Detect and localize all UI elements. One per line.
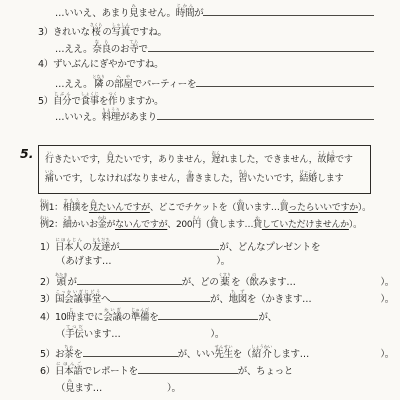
text-segment: します (317, 171, 343, 184)
text-segment: いです，しなければなりません， (54, 171, 186, 184)
text-segment: きました， (194, 171, 238, 184)
exercise-item-6-line-1: 6）日本語にほんごでレポートをが、ちょっと (40, 361, 293, 378)
text-with-furigana: 地図ちず (229, 289, 247, 306)
text-with-furigana: 貸か (210, 215, 219, 232)
text-with-furigana: 見み (106, 150, 115, 165)
text-segment: ）。 (216, 255, 230, 268)
text-segment: 、200 (167, 219, 192, 232)
text-segment: ）。 (167, 382, 181, 395)
text-with-furigana: 円えん (192, 215, 201, 232)
answer-blank (77, 275, 182, 285)
text-segment: の (83, 241, 92, 254)
text-segment: （あげます… (56, 255, 111, 268)
text-segment: 2： (49, 219, 63, 232)
text-segment: を (149, 311, 158, 324)
text-segment: ません。 (138, 7, 175, 20)
exercise-item-5: 5）お茶ちゃをが、いい先生せんせいを（紹介しょうかいします…）。 (40, 344, 394, 361)
text-segment: があまり (120, 111, 157, 124)
exercise-item-4-line-2: （手伝てつだいます…）。 (56, 324, 224, 341)
text-segment: います… (245, 202, 280, 215)
text-segment: ）。 (380, 293, 394, 306)
text-with-furigana: 国会議事堂こっかいぎじどう (55, 289, 101, 306)
text-segment: を（ (233, 348, 251, 361)
text-segment: していただけませんか (262, 219, 349, 232)
text-segment: …いいえ、あまり (55, 7, 129, 20)
text-with-furigana: 作つく (108, 91, 117, 108)
worksheet-page: …いいえ、あまり見みません。時間じかんが 3）きれいな桜さくらの写真しゃしんです… (0, 0, 400, 400)
text-with-furigana: 桜さくら (90, 22, 103, 39)
text-with-furigana: 結婚けっこん (299, 169, 317, 184)
text-with-furigana: 行い (45, 150, 54, 165)
text-with-furigana: 例れい (40, 198, 49, 215)
text-segment: …いいえ。 (55, 111, 102, 124)
text-segment: 3）きれいな (38, 26, 90, 39)
text-segment: が (110, 241, 119, 254)
text-segment: で (138, 43, 147, 56)
text-with-furigana: 先生せんせい (214, 344, 232, 361)
answer-blank (148, 42, 374, 52)
answer-blank (110, 292, 210, 302)
text-with-furigana: 細こま (63, 215, 72, 232)
text-with-furigana: 料理りょうり (102, 107, 120, 124)
text-segment: ）。 (210, 328, 224, 341)
text-segment: れました，できません， (220, 152, 317, 165)
text-segment: ですね。 (130, 26, 167, 39)
text-with-furigana: 見み (89, 198, 98, 215)
answer-blank (196, 77, 374, 87)
answer-blank (119, 240, 219, 250)
text-with-furigana: 会議かいぎ (103, 307, 121, 324)
text-segment: が、 (258, 311, 276, 324)
example-1: 例れい1：相撲すもうを見みたいんですが、どこでチケットを（買かいます…買かったら… (40, 198, 371, 215)
text-segment: でパーティーを (133, 78, 197, 91)
text-with-furigana: 故障こしょう (318, 150, 336, 165)
text-segment: が、 (210, 293, 228, 306)
answer-line-5: …いいえ。料理りょうりがあまり (55, 107, 374, 124)
text-with-furigana: 貸か (253, 215, 262, 232)
text-segment: が (194, 7, 203, 20)
text-with-furigana: 寺てら (129, 39, 138, 56)
text-with-furigana: 痛いた (45, 169, 54, 184)
text-with-furigana: 例れい (40, 215, 49, 232)
answer-blank (158, 310, 258, 320)
text-with-furigana: 紹介しょうかい (251, 344, 272, 361)
text-segment: します… (218, 219, 253, 232)
answer-line-3: …ええ。奈良ならのお寺てらで (55, 39, 374, 56)
answer-gap (111, 255, 216, 264)
text-segment: ないんですが (115, 219, 167, 232)
text-with-furigana: 飲の (250, 272, 259, 289)
text-segment: 1： (49, 202, 63, 215)
text-with-furigana: 奈良なら (92, 39, 110, 56)
text-with-furigana: 友達ともだち (92, 237, 110, 254)
text-segment: を (80, 202, 89, 215)
text-segment: ）。 (358, 202, 371, 215)
text-segment: の (102, 26, 111, 39)
text-segment: 5） (38, 95, 53, 108)
word-bank-row-2: 痛いたいです，しなければなりません，書かきました，習ならいたいです，結婚けっこん… (45, 169, 364, 188)
text-segment: います… (84, 328, 121, 341)
answer-gap (296, 276, 381, 285)
text-segment: の (122, 311, 131, 324)
text-with-furigana: 食事しょくじ (81, 91, 99, 108)
word-bank-row-1: 行いきたいです，見みたいです，ありません，遅おくれました，できません，故障こしょ… (45, 150, 364, 169)
exercise-item-3: 3）国会議事堂こっかいぎじどうへが、地図ちずを（かきます…）。 (40, 289, 394, 306)
text-with-furigana: 買か (236, 198, 245, 215)
text-with-furigana: 時じ (66, 307, 75, 324)
text-with-furigana: 見み (129, 3, 138, 20)
text-with-furigana: 買か (280, 198, 289, 215)
answer-line-2: …いいえ、あまり見みません。時間じかんが (55, 3, 374, 20)
text-segment: を（かきます… (247, 293, 311, 306)
exercise-item-6-line-2: （見みます…）。 (56, 378, 181, 395)
text-with-furigana: 金かね (98, 215, 107, 232)
text-segment: 1） (40, 241, 55, 254)
exercise-number: 5. (20, 146, 33, 161)
answer-gap (309, 348, 380, 357)
text-segment: の (105, 78, 114, 91)
text-with-furigana: 薬くすり (219, 272, 232, 289)
text-with-furigana: 相撲すもう (63, 198, 80, 215)
text-with-furigana: 書か (186, 169, 195, 184)
text-segment: を（ (231, 276, 249, 289)
text-with-furigana: 自分じぶん (53, 91, 71, 108)
text-segment: でレポートを (83, 365, 138, 378)
text-with-furigana: 頭あたま (55, 272, 68, 289)
exercise-item-2: 2）頭あたまがが、どの薬くすりを（飲のみます…）。 (40, 272, 394, 289)
text-segment: 、どこでチケットを（ (150, 202, 236, 215)
text-segment: ます… (74, 382, 102, 395)
text-segment: 3） (40, 293, 55, 306)
answer-blank (83, 347, 178, 357)
text-segment: です (335, 152, 353, 165)
text-segment: ）。 (380, 348, 394, 361)
text-segment: …ええ。 (55, 43, 92, 56)
text-segment: いたいです， (247, 171, 299, 184)
text-with-furigana: 手伝てつだ (65, 324, 83, 341)
example-2: 例れい2：細こまかいお金かねがないんですが、200円えん（貸かします…貸かしてい… (40, 215, 362, 232)
answer-gap (311, 293, 380, 302)
text-with-furigana: 習なら (238, 169, 247, 184)
word-bank-box: 行いきたいです，見みたいです，ありません，遅おくれました，できません，故障こしょ… (38, 145, 371, 194)
answer-gap (120, 328, 210, 337)
text-segment: ）。 (349, 219, 362, 232)
answer-blank (203, 6, 374, 16)
question-item-5: 5）自分じぶんで食事しょくじを作つくりますか。 (38, 91, 163, 108)
text-segment: （ (56, 382, 65, 395)
answer-blank (138, 364, 238, 374)
question-item-3: 3）きれいな桜さくらの写真しゃしんですね。 (38, 22, 167, 39)
text-with-furigana: 茶ちゃ (64, 344, 73, 361)
text-segment: が、ちょっと (238, 365, 293, 378)
text-segment: 6） (40, 365, 55, 378)
text-segment: までに (76, 311, 104, 324)
text-segment: 5）お (40, 348, 64, 361)
text-segment: が (106, 219, 115, 232)
text-segment: が、どの (182, 276, 219, 289)
text-with-furigana: 時間じかん (176, 3, 194, 20)
text-segment: のお (111, 43, 129, 56)
answer-line-4: …ええ。隣となりの部屋へやでパーティーを (55, 74, 374, 91)
text-segment: を (73, 348, 82, 361)
text-segment: （ (56, 328, 65, 341)
text-segment: 4）ずいぶんにぎやかですね。 (38, 58, 163, 71)
text-segment: 4）10 (40, 311, 66, 324)
text-with-furigana: 見み (65, 378, 74, 395)
text-segment: たいです，ありません， (115, 152, 212, 165)
text-segment: きたいです， (54, 152, 106, 165)
text-with-furigana: 準備じゅんび (131, 307, 149, 324)
text-with-furigana: 遅おく (211, 150, 220, 165)
text-segment: たいんですが (98, 202, 150, 215)
text-segment: 2） (40, 276, 55, 289)
text-with-furigana: 日本語にほんご (55, 361, 83, 378)
text-segment: が (68, 276, 77, 289)
text-with-furigana: 写真しゃしん (112, 22, 130, 39)
text-segment: へ (101, 293, 110, 306)
text-segment: みます… (259, 276, 296, 289)
exercise-item-1-line-1: 1）日本人にほんじんの友達ともだちがが、どんなプレゼントを (40, 237, 320, 254)
text-segment: します… (272, 348, 309, 361)
text-with-furigana: 日本人にほんじん (55, 237, 83, 254)
text-segment: が、どんなプレゼントを (219, 241, 320, 254)
exercise-item-1-line-2: （あげます…）。 (56, 255, 230, 268)
text-with-furigana: 隣となり (92, 74, 105, 91)
text-segment: ったらいいですか (288, 202, 358, 215)
text-segment: ）。 (380, 276, 394, 289)
question-item-4: 4）ずいぶんにぎやかですね。 (38, 58, 163, 71)
answer-blank (157, 110, 374, 120)
answer-gap (102, 382, 167, 391)
text-segment: かいお (72, 219, 98, 232)
text-segment: …ええ。 (55, 78, 92, 91)
text-segment: が、いい (178, 348, 215, 361)
exercise-item-4-line-1: 4）10時じまでに会議かいぎの準備じゅんびをが、 (40, 307, 277, 324)
text-segment: （ (201, 219, 210, 232)
text-with-furigana: 部屋へや (114, 74, 132, 91)
